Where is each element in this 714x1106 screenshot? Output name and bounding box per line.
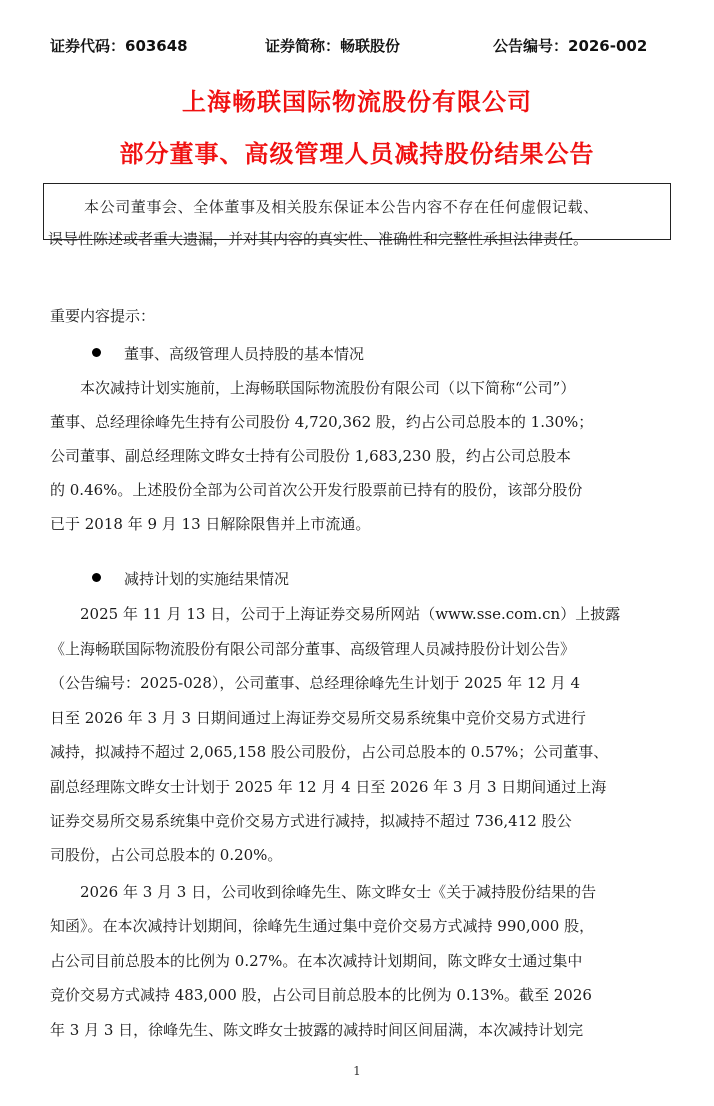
announcement-title: 部分董事、高级管理人员减持股份结果公告 — [0, 134, 714, 169]
paragraph-line: 本次减持计划实施前，上海畅联国际物流股份有限公司（以下简称“公司”） — [80, 377, 575, 398]
stock-abbreviation: 证券简称：畅联股份 — [265, 35, 400, 56]
page-number: 1 — [0, 1064, 714, 1078]
notice-line: 本公司董事会、全体董事及相关股东保证本公告内容不存在任何虚假记载、 — [84, 196, 599, 217]
section-heading-holdings: 董事、高级管理人员持股的基本情况 — [92, 343, 364, 364]
bullet-icon — [92, 573, 101, 582]
paragraph-line: 已于 2018 年 9 月 13 日解除限售并上市流通。 — [50, 513, 370, 534]
paragraph-line: 竞价交易方式减持 483,000 股，占公司目前总股本的比例为 0.13%。截至… — [50, 984, 592, 1005]
key-points-label: 重要内容提示： — [50, 305, 155, 326]
section-heading-text: 减持计划的实施结果情况 — [124, 570, 289, 588]
announcement-number: 公告编号：2026-002 — [493, 35, 647, 56]
paragraph-line: 证券交易所交易系统集中竞价交易方式进行减持，拟减持不超过 736,412 股公 — [50, 810, 572, 831]
paragraph-line: 年 3 月 3 日，徐峰先生、陈文晔女士披露的减持时间区间届满，本次减持计划完 — [50, 1019, 583, 1040]
paragraph-line: 2026 年 3 月 3 日，公司收到徐峰先生、陈文晔女士《关于减持股份结果的告 — [80, 881, 596, 902]
paragraph-line: 日至 2026 年 3 月 3 日期间通过上海证券交易所交易系统集中竞价交易方式… — [50, 707, 586, 728]
bullet-icon — [92, 348, 101, 357]
paragraph-line: 公司董事、副总经理陈文晔女士持有公司股份 1,683,230 股，约占公司总股本 — [50, 445, 571, 466]
stock-code: 证券代码：603648 — [50, 35, 188, 56]
paragraph-line: 占公司目前总股本的比例为 0.27%。在本次减持计划期间，陈文晔女士通过集中 — [50, 950, 582, 971]
paragraph-line: （公告编号：2025-028），公司董事、总经理徐峰先生计划于 2025 年 1… — [50, 672, 580, 693]
paragraph-line: 《上海畅联国际物流股份有限公司部分董事、高级管理人员减持股份计划公告》 — [50, 638, 575, 659]
board-guarantee-notice: 本公司董事会、全体董事及相关股东保证本公告内容不存在任何虚假记载、 误导性陈述或… — [43, 183, 671, 240]
section-heading-results: 减持计划的实施结果情况 — [92, 568, 289, 589]
paragraph-line: 2025 年 11 月 13 日，公司于上海证券交易所网站（www.sse.co… — [80, 603, 620, 624]
notice-line: 误导性陈述或者重大遗漏，并对其内容的真实性、准确性和完整性承担法律责任。 — [48, 228, 588, 249]
paragraph-line: 知函》。在本次减持计划期间，徐峰先生通过集中竞价交易方式减持 990,000 股… — [50, 915, 594, 936]
paragraph-line: 的 0.46%。上述股份全部为公司首次公开发行股票前已持有的股份，该部分股份 — [50, 479, 582, 500]
document-header: 证券代码：603648 证券简称：畅联股份 公告编号：2026-002 — [50, 35, 680, 57]
section-heading-text: 董事、高级管理人员持股的基本情况 — [124, 345, 364, 363]
company-title: 上海畅联国际物流股份有限公司 — [0, 82, 714, 117]
paragraph-line: 减持，拟减持不超过 2,065,158 股公司股份，占公司总股本的 0.57%；… — [50, 741, 608, 762]
paragraph-line: 司股份，占公司总股本的 0.20%。 — [50, 844, 282, 865]
paragraph-line: 副总经理陈文晔女士计划于 2025 年 12 月 4 日至 2026 年 3 月… — [50, 776, 606, 797]
paragraph-line: 董事、总经理徐峰先生持有公司股份 4,720,362 股，约占公司总股本的 1.… — [50, 411, 593, 432]
